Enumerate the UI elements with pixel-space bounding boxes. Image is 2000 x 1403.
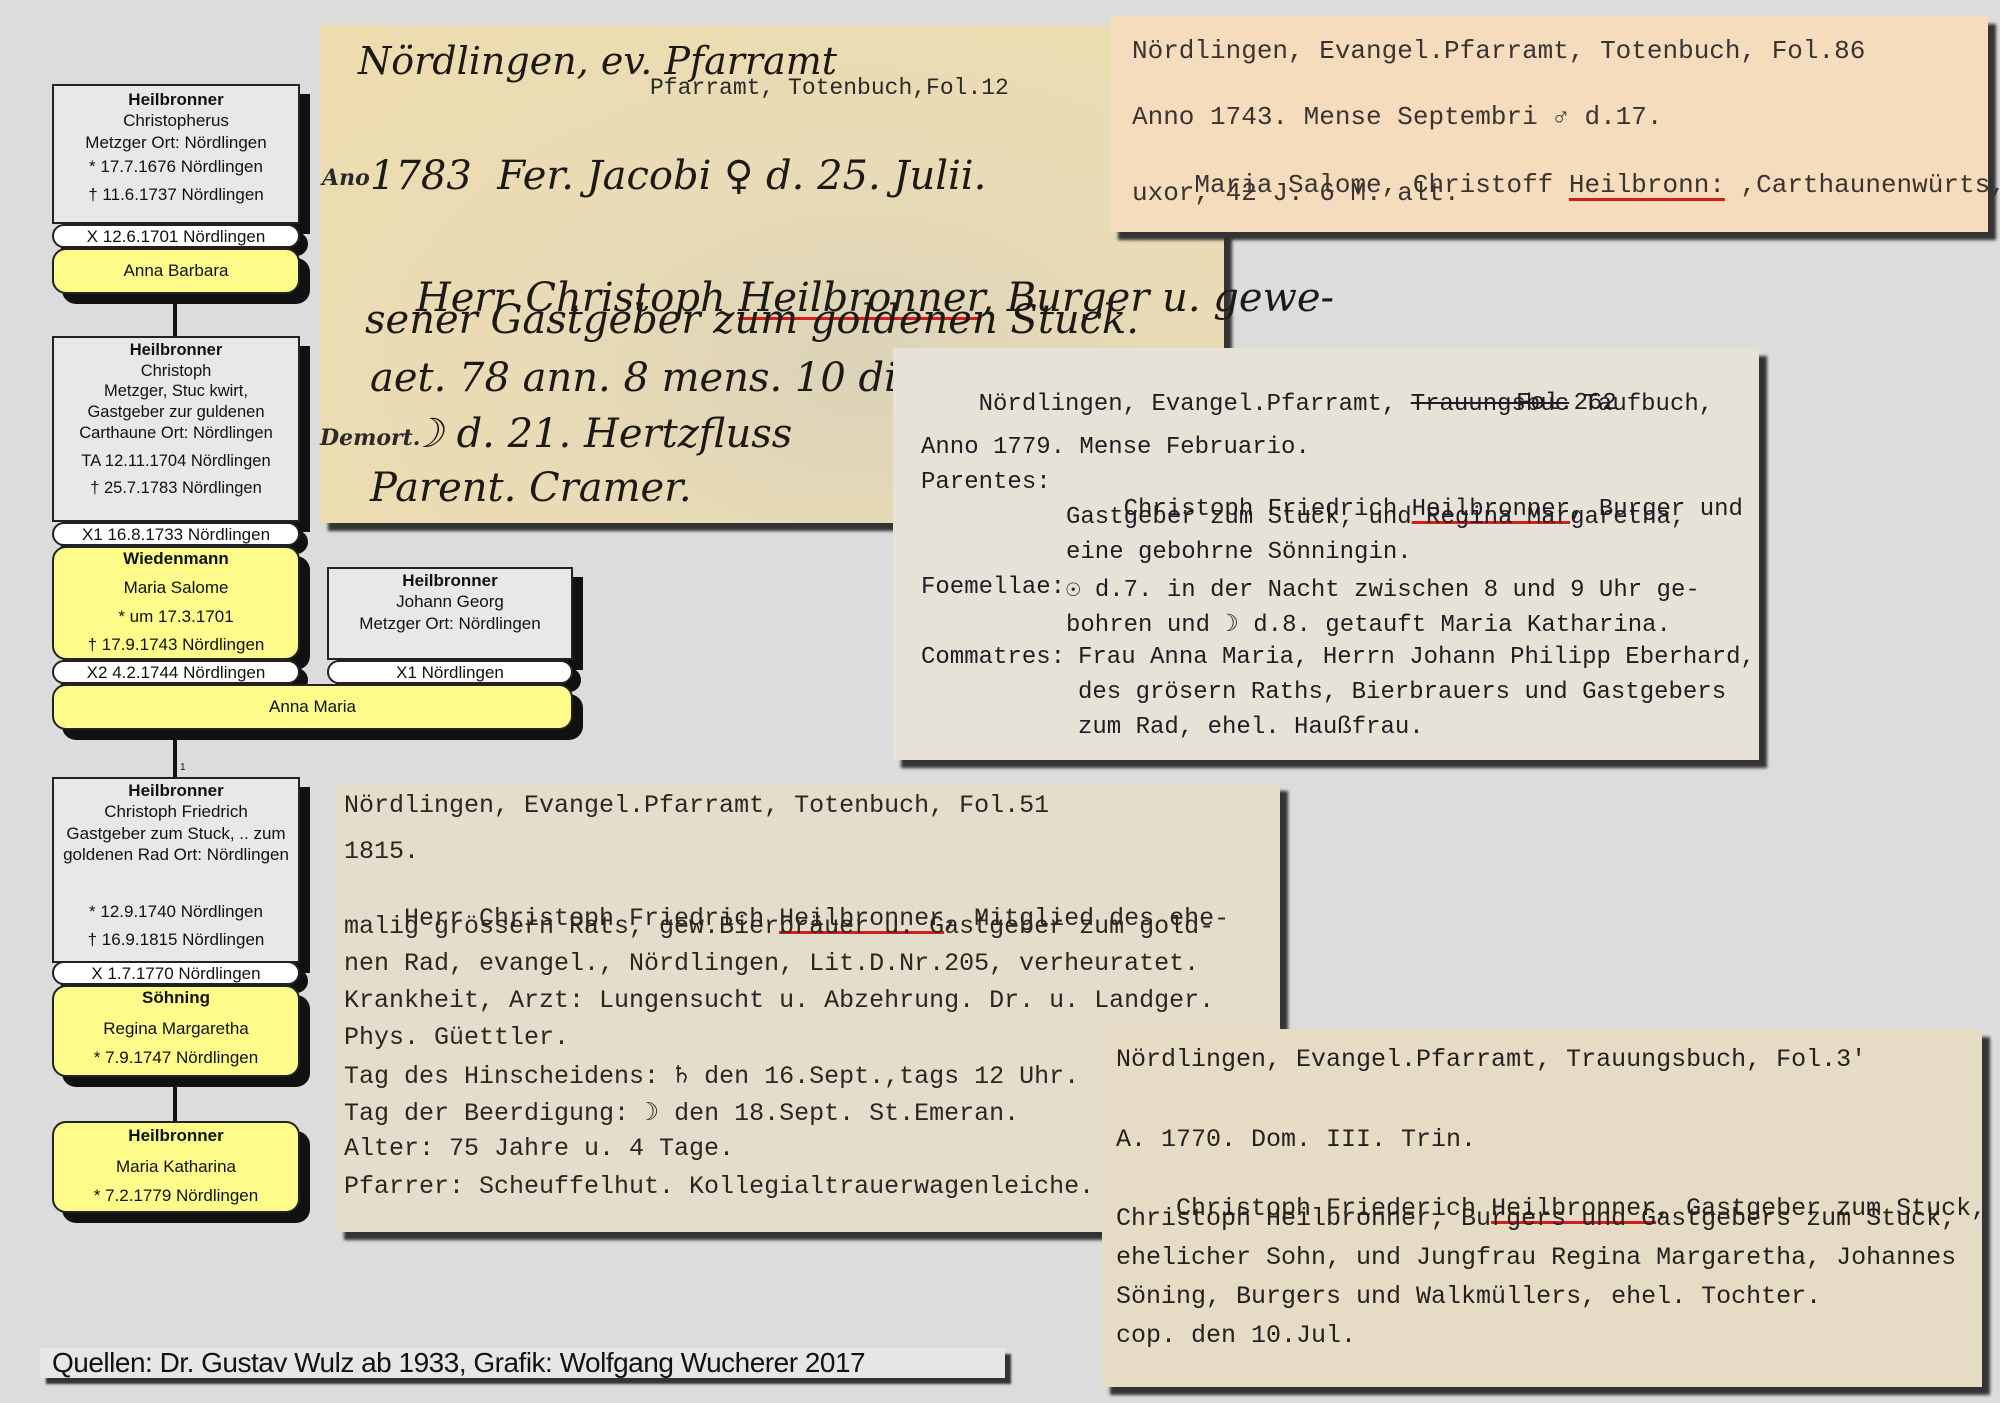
entry-line: Söning, Burgers und Walkmüllers, ehel. T… — [1116, 1282, 1821, 1311]
entry-line: ☽ d. 21. Hertzfluss — [408, 411, 792, 457]
marriage-pill-x1: X1 Nördlingen — [327, 660, 573, 684]
marriage-pill-1701: X 12.6.1701 Nördlingen — [52, 224, 300, 248]
field-label: Foemellae: — [921, 574, 1065, 601]
occupation-line: Gastgeber zur guldenen — [54, 402, 298, 423]
entry-line: sener Gastgeber zum goldenen Stuck. — [365, 297, 1139, 343]
occupation-line: goldenen Rad Ort: Nördlingen — [54, 844, 298, 865]
document-folio: Fol.262 — [1516, 390, 1617, 417]
entry-line: Phys. Güettler. — [344, 1023, 569, 1052]
given-name: Anna Maria — [269, 697, 356, 716]
person-box-christoph-friedrich: Heilbronner Christoph Friedrich Gastgebe… — [52, 777, 300, 963]
person-box-maria-salome: Wiedenmann Maria Salome * um 17.3.1701 †… — [52, 546, 300, 660]
birth-date: * 7.2.1779 Nördlingen — [54, 1185, 298, 1206]
descent-line — [173, 1087, 177, 1123]
given-name: Maria Salome — [54, 577, 298, 598]
surname: Heilbronner — [54, 1125, 298, 1146]
margin-note-demort: Demort. — [320, 425, 420, 451]
entry-line: eine gebohrne Sönningin. — [1066, 539, 1412, 566]
descent-line — [173, 304, 177, 338]
entry-line: Parent. Cramer. — [370, 465, 692, 511]
margin-note-anno: Ano — [322, 165, 370, 191]
person-box-anna-maria: Anna Maria — [52, 684, 573, 730]
field-label: Commatres: — [921, 644, 1065, 671]
document-trauungsbuch-fol3: Nördlingen, Evangel.Pfarramt, Trauungsbu… — [1102, 1029, 1982, 1387]
person-box-christoph: Heilbronner Christoph Metzger, Stuc kwir… — [52, 336, 300, 522]
person-box-anna-barbara: Anna Barbara — [52, 248, 300, 294]
occupation: Metzger Ort: Nördlingen — [54, 132, 298, 153]
text: ,Carthaunenwürts, — [1725, 170, 2000, 200]
highlighted-surname: Heilbronn: — [1569, 170, 1725, 200]
person-box-maria-katharina: Heilbronner Maria Katharina * 7.2.1779 N… — [52, 1121, 300, 1213]
entry-line: ☉ d.7. in der Nacht zwischen 8 und 9 Uhr… — [1066, 574, 1700, 604]
entry-line: malig grössern Rats, gew.Bierbräuer u. G… — [344, 912, 1214, 941]
occupation-line: Carthaune Ort: Nördlingen — [54, 423, 298, 444]
baptism-date: TA 12.11.1704 Nördlingen — [54, 451, 298, 472]
entry-line: Alter: 75 Jahre u. 4 Tage. — [344, 1134, 734, 1163]
given-name: Christopherus — [54, 110, 298, 131]
person-box-christopherus: Heilbronner Christopherus Metzger Ort: N… — [52, 84, 300, 224]
entry-line: Gastgeber zum Stuck, und Regina Margaret… — [1066, 504, 1685, 531]
entry-line: Tag der Beerdigung: ☽ den 18.Sept. St.Em… — [344, 1097, 1019, 1128]
surname: Heilbronner — [54, 89, 298, 110]
surname: Söhning — [54, 987, 298, 1008]
entry-line: A. 1770. Dom. III. Trin. — [1116, 1125, 1476, 1154]
birth-date: * 7.9.1747 Nördlingen — [54, 1047, 298, 1068]
entry-line: Anno 1743. Mense Septembri ♂ d.17. — [1132, 102, 1663, 132]
text: Nördlingen, Evangel.Pfarramt, — [979, 391, 1411, 418]
marriage-pill-1744: X2 4.2.1744 Nördlingen — [52, 660, 300, 684]
descent-line — [173, 740, 177, 778]
death-date: † 11.6.1737 Nördlingen — [54, 184, 298, 205]
given-name: Johann Georg — [329, 591, 571, 612]
entry-line: ehelicher Sohn, und Jungfrau Regina Marg… — [1116, 1243, 1956, 1272]
marriage-pill-1733: X1 16.8.1733 Nördlingen — [52, 522, 300, 546]
sources-caption: Quellen: Dr. Gustav Wulz ab 1933, Grafik… — [40, 1348, 1005, 1378]
entry-line: Anno 1779. Mense Februario. — [921, 434, 1310, 461]
person-box-johann-georg: Heilbronner Johann Georg Metzger Ort: Nö… — [327, 567, 573, 660]
entry-line: Krankheit, Arzt: Lungensucht u. Abzehrun… — [344, 986, 1214, 1015]
document-taufbuch-fol262: Nördlingen, Evangel.Pfarramt, Trauungsbu… — [893, 348, 1759, 760]
document-header: Nördlingen, Evangel.Pfarramt, Trauungsbu… — [1116, 1045, 1866, 1074]
given-name: Christoph Friedrich — [54, 801, 298, 822]
entry-line: Christoph Heilbronner, Burgers und Gastg… — [1116, 1204, 1956, 1233]
surname: Heilbronner — [54, 780, 298, 801]
header-typed: Pfarramt, Totenbuch,Fol.12 — [650, 75, 1009, 101]
entry-year: 1815. — [344, 837, 419, 866]
generation-label: 1 — [180, 762, 186, 773]
death-date: † 17.9.1743 Nördlingen — [54, 634, 298, 655]
entry-line: des grösern Raths, Bierbrauers und Gastg… — [1078, 679, 1726, 706]
surname: Heilbronner — [54, 340, 298, 361]
document-header: Nördlingen, Evangel.Pfarramt, Totenbuch,… — [1132, 36, 1865, 66]
birth-date: * 17.7.1676 Nördlingen — [54, 156, 298, 177]
death-date: † 16.9.1815 Nördlingen — [54, 929, 298, 950]
occupation: Metzger Ort: Nördlingen — [329, 613, 571, 634]
entry-line: nen Rad, evangel., Nördlingen, Lit.D.Nr.… — [344, 949, 1199, 978]
field-label: Parentes: — [921, 469, 1051, 496]
death-date: † 25.7.1783 Nördlingen — [54, 478, 298, 499]
document-header: Nördlingen, Evangel.Pfarramt, Totenbuch,… — [344, 791, 1049, 820]
entry-line: 1783 Fer. Jacobi ♀ d. 25. Julii. — [370, 153, 986, 199]
surname: Wiedenmann — [54, 548, 298, 569]
entry-line: aet. 78 ann. 8 mens. 10 dier. — [370, 355, 948, 401]
person-box-regina-margaretha: Söhning Regina Margaretha * 7.9.1747 Nör… — [52, 985, 300, 1077]
given-name: Maria Katharina — [54, 1156, 298, 1177]
entry-line: uxor, 42 J. 6 M. alt. — [1132, 178, 1460, 208]
entry-line: Pfarrer: Scheuffelhut. Kollegialtrauerwa… — [344, 1172, 1094, 1201]
entry-line: zum Rad, ehel. Haußfrau. — [1078, 714, 1424, 741]
entry-line: Tag des Hinscheidens: ♄ den 16.Sept.,tag… — [344, 1060, 1079, 1091]
entry-line: bohren und ☽ d.8. getauft Maria Katharin… — [1066, 609, 1671, 639]
given-name: Anna Barbara — [124, 261, 229, 280]
surname: Heilbronner — [329, 570, 571, 591]
occupation-line: Gastgeber zum Stuck, .. zum — [54, 823, 298, 844]
document-totenbuch-fol86: Nördlingen, Evangel.Pfarramt, Totenbuch,… — [1110, 16, 1988, 232]
birth-date: * um 17.3.1701 — [54, 606, 298, 627]
given-name: Regina Margaretha — [54, 1018, 298, 1039]
given-name: Christoph — [54, 361, 298, 382]
birth-date: * 12.9.1740 Nördlingen — [54, 901, 298, 922]
entry-line: cop. den 10.Jul. — [1116, 1321, 1356, 1350]
occupation-line: Metzger, Stuc kwirt, — [54, 381, 298, 402]
marriage-pill-1770: X 1.7.1770 Nördlingen — [52, 961, 300, 985]
entry-line: Frau Anna Maria, Herrn Johann Philipp Eb… — [1078, 644, 1755, 671]
